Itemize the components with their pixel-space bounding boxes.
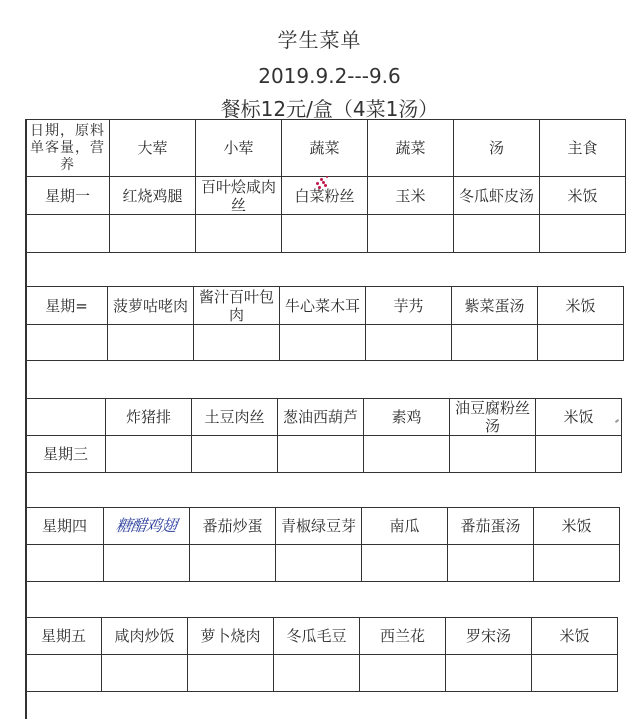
empty-cell [26,655,102,692]
empty-cell [540,215,626,253]
day-label: 星期一 [26,177,110,215]
empty-cell [538,325,624,361]
day-label: 星期= [26,287,108,325]
dish-cell: 玉米 [368,177,454,215]
menu-table-block-monday: 日期，原料单客量，营养 大荤 小荤 蔬菜 蔬菜 汤 主食 星期一 红烧鸡腿 百叶… [25,119,626,253]
header-cell-main-meat: 大荤 [110,120,196,177]
dish-cell: 萝卜烧肉 [188,618,274,655]
header-cell-vegetable-1: 蔬菜 [282,120,368,177]
dish-cell: 油豆腐粉丝汤 [450,399,536,436]
dish-cell: 芋艿 [366,287,452,325]
dish-cell: 土豆肉丝 [192,399,278,436]
dish-cell: 番茄炒蛋 [190,508,276,545]
empty-cell [274,655,360,692]
day-label: 星期五 [26,618,102,655]
empty-cell [278,436,364,473]
dish-cell: 米饭 [538,287,624,325]
empty-cell [188,655,274,692]
empty-cell [536,436,622,473]
dish-cell: 红烧鸡腿 [110,177,196,215]
empty-cell [194,325,280,361]
dish-cell: 冬瓜虾皮汤 [454,177,540,215]
empty-cell [448,545,534,582]
dish-cell: 米饭 [532,618,618,655]
table-row-thursday: 星期四 糖醋鸡翅 番茄炒蛋 青椒绿豆芽 南瓜 番茄蛋汤 米饭 [26,508,620,545]
empty-cell [110,215,196,253]
dish-cell: 南瓜 [362,508,448,545]
empty-cell [368,215,454,253]
empty-cell [196,215,282,253]
dish-cell-handwritten: 糖醋鸡翅 [104,508,190,545]
empty-cell [26,399,106,436]
header-cell-staple: 主食 [540,120,626,177]
empty-cell [362,545,448,582]
menu-table-block-thursday: 星期四 糖醋鸡翅 番茄炒蛋 青椒绿豆芽 南瓜 番茄蛋汤 米饭 [25,507,620,582]
dish-cell: 冬瓜毛豆 [274,618,360,655]
handwritten-dish: 糖醋鸡翅 [115,517,178,535]
dish-cell: 酱汁百叶包肉 [194,287,280,325]
empty-cell [108,325,194,361]
header-cell-vegetable-2: 蔬菜 [368,120,454,177]
empty-cell [26,545,104,582]
dish-cell: 西兰花 [360,618,446,655]
day-label: 星期三 [26,436,106,473]
empty-cell [454,215,540,253]
empty-cell [102,655,188,692]
menu-title: 学生菜单 [0,24,639,53]
empty-cell [534,545,620,582]
dish-cell: 牛心菜木耳 [280,287,366,325]
table-row-wednesday-dishes: 炸猪排 土豆肉丝 葱油西葫芦 素鸡 油豆腐粉丝汤 米饭 [26,399,622,436]
table-row-tuesday: 星期= 菠萝咕咾肉 酱汁百叶包肉 牛心菜木耳 芋艿 紫菜蛋汤 米饭 [26,287,624,325]
empty-cell [26,325,108,361]
empty-cell [280,325,366,361]
empty-cell [446,655,532,692]
empty-cell [366,325,452,361]
empty-cell [190,545,276,582]
empty-cell [26,215,110,253]
dish-cell: 米饭 [540,177,626,215]
dish-cell: 百叶烩咸肉丝 [196,177,282,215]
menu-table-block-tuesday: 星期= 菠萝咕咾肉 酱汁百叶包肉 牛心菜木耳 芋艿 紫菜蛋汤 米饭 [25,286,624,361]
menu-table-block-wednesday: 炸猪排 土豆肉丝 葱油西葫芦 素鸡 油豆腐粉丝汤 米饭 星期三 [25,398,622,473]
menu-table-block-friday: 星期五 咸肉炒饭 萝卜烧肉 冬瓜毛豆 西兰花 罗宋汤 米饭 [25,617,618,692]
empty-cell [452,325,538,361]
table-row-monday: 星期一 红烧鸡腿 百叶烩咸肉丝 白菜粉丝 玉米 冬瓜虾皮汤 米饭 [26,177,626,215]
empty-cell [104,545,190,582]
table-row-friday: 星期五 咸肉炒饭 萝卜烧肉 冬瓜毛豆 西兰花 罗宋汤 米饭 [26,618,618,655]
table-header-row: 日期，原料单客量，营养 大荤 小荤 蔬菜 蔬菜 汤 主食 [26,120,626,177]
dish-cell: 青椒绿豆芽 [276,508,362,545]
dish-cell: 米饭 [536,399,622,436]
empty-cell [532,655,618,692]
table-row-wednesday-label: 星期三 [26,436,622,473]
dish-cell: 炸猪排 [106,399,192,436]
table-row-empty [26,545,620,582]
dish-cell: 咸肉炒饭 [102,618,188,655]
date-range: 2019.9.2---9.6 [0,64,639,88]
dish-cell: 葱油西葫芦 [278,399,364,436]
empty-cell [450,436,536,473]
header-cell-soup: 汤 [454,120,540,177]
empty-cell [360,655,446,692]
dish-cell: 米饭 [534,508,620,545]
dish-cell: 番茄蛋汤 [448,508,534,545]
empty-cell [282,215,368,253]
empty-cell [192,436,278,473]
price-line: 餐标12元/盒（4菜1汤） [0,93,639,122]
empty-cell [364,436,450,473]
header-cell-side-meat: 小荤 [196,120,282,177]
dish-cell: 菠萝咕咾肉 [108,287,194,325]
header-cell-date: 日期，原料单客量，营养 [26,120,110,177]
dish-cell: 素鸡 [364,399,450,436]
table-row-empty [26,325,624,361]
empty-cell [106,436,192,473]
dish-cell: 罗宋汤 [446,618,532,655]
dish-cell: 白菜粉丝 [282,177,368,215]
table-row-empty [26,215,626,253]
table-row-empty [26,655,618,692]
empty-cell [276,545,362,582]
day-label: 星期四 [26,508,104,545]
dish-cell: 紫菜蛋汤 [452,287,538,325]
